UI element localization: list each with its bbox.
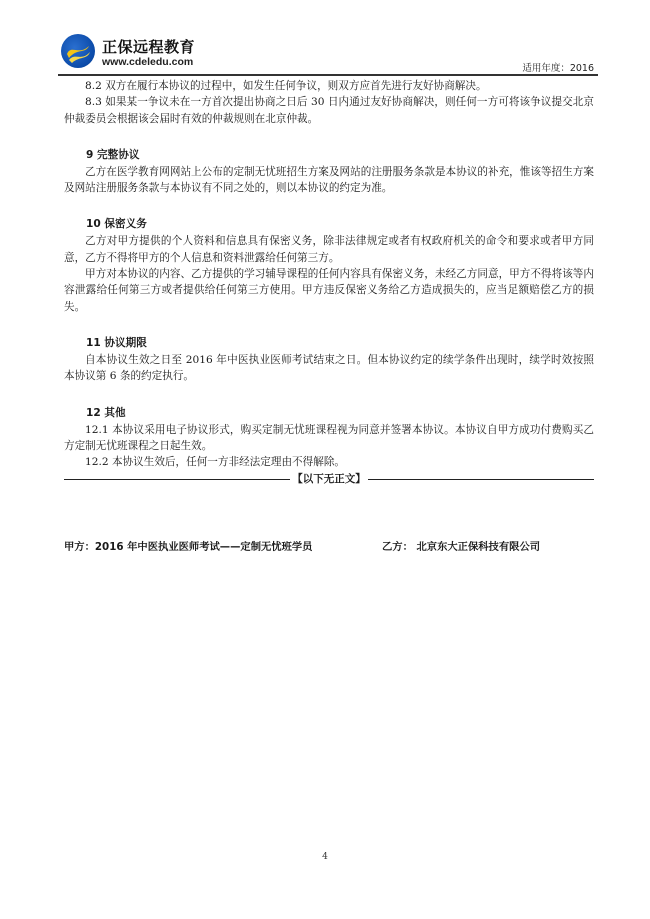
page-number: 4 <box>0 852 650 862</box>
section-10: 10 保密义务 乙方对甲方提供的个人资料和信息具有保密义务，除非法律规定或者有权… <box>64 216 594 314</box>
section-title: 9 完整协议 <box>64 147 594 164</box>
end-of-text-marker: 【以下无正文】 <box>290 471 368 487</box>
section-title: 12 其他 <box>64 405 594 422</box>
header-divider <box>58 74 598 76</box>
brand-name: 正保远程教育 <box>102 36 195 57</box>
cdeledu-logo-icon <box>61 34 95 68</box>
document-body: 8.2 双方在履行本协议的过程中，如发生任何争议，则双方应首先进行友好协商解决。… <box>64 78 594 488</box>
party-a: 甲方：2016 年中医执业医师考试——定制无忧班学员 <box>64 538 312 553</box>
section-paragraph: 乙方在医学教育网网站上公布的定制无忧班招生方案及网站的注册服务条款是本协议的补充… <box>64 164 594 197</box>
clause-8-3: 8.3 如果某一争议未在一方首次提出协商之日后 30 日内通过友好协商解决，则任… <box>64 94 594 127</box>
section-paragraph: 甲方对本协议的内容、乙方提供的学习辅导课程的任何内容具有保密义务，未经乙方同意，… <box>64 266 594 315</box>
section-11: 11 协议期限 自本协议生效之日至 2016 年中医执业医师考试结束之日。但本协… <box>64 335 594 385</box>
divider-right <box>368 479 594 480</box>
section-9: 9 完整协议 乙方在医学教育网网站上公布的定制无忧班招生方案及网站的注册服务条款… <box>64 147 594 197</box>
section-paragraph: 乙方对甲方提供的个人资料和信息具有保密义务，除非法律规定或者有权政府机关的命令和… <box>64 233 594 266</box>
applicable-year: 适用年度：2016 <box>522 60 594 74</box>
section-8-continued: 8.2 双方在履行本协议的过程中，如发生任何争议，则双方应首先进行友好协商解决。… <box>64 78 594 127</box>
divider-left <box>64 479 290 480</box>
end-of-text-line: 【以下无正文】 <box>64 471 594 487</box>
section-paragraph: 自本协议生效之日至 2016 年中医执业医师考试结束之日。但本协议约定的续学条件… <box>64 352 594 385</box>
section-title: 11 协议期限 <box>64 335 594 352</box>
clause-12-1: 12.1 本协议采用电子协议形式，购买定制无忧班课程视为同意并签署本协议。本协议… <box>64 422 594 455</box>
section-title: 10 保密义务 <box>64 216 594 233</box>
brand-url: www.cdeledu.com <box>102 56 193 68</box>
clause-12-2: 12.2 本协议生效后，任何一方非经法定理由不得解除。 <box>64 454 594 470</box>
clause-8-2: 8.2 双方在履行本协议的过程中，如发生任何争议，则双方应首先进行友好协商解决。 <box>64 78 594 94</box>
party-b: 乙方： 北京东大正保科技有限公司 <box>382 538 540 553</box>
page-header: 正保远程教育 www.cdeledu.com 适用年度：2016 <box>58 28 598 74</box>
section-12: 12 其他 12.1 本协议采用电子协议形式，购买定制无忧班课程视为同意并签署本… <box>64 405 594 471</box>
